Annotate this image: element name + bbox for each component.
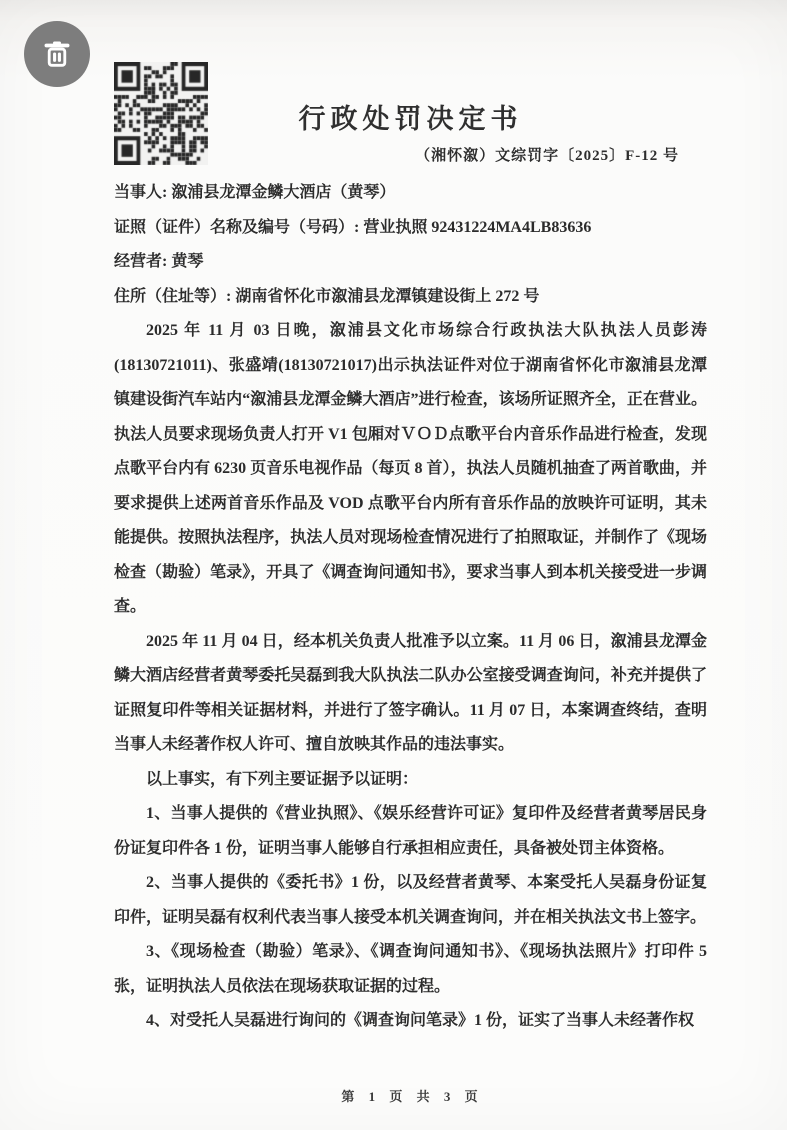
document-page: 行政处罚决定书 （湘怀溆）文综罚字〔2025〕F-12 号 当事人: 溆浦县龙潭…: [0, 0, 787, 1130]
paragraph-inspection: 2025 年 11 月 03 日晚，溆浦县文化市场综合行政执法大队执法人员彭涛(…: [114, 314, 707, 625]
delete-button[interactable]: [24, 21, 90, 87]
evidence-item-4: 4、对受托人吴磊进行询问的《调查询问笔录》1 份，证实了当事人未经著作权: [114, 1004, 707, 1039]
document-body: 行政处罚决定书 （湘怀溆）文综罚字〔2025〕F-12 号 当事人: 溆浦县龙潭…: [114, 0, 707, 1039]
paragraph-evidence-intro: 以上事实，有下列主要证据予以证明：: [114, 763, 707, 798]
field-party: 当事人: 溆浦县龙潭金鳞大酒店（黄琴）: [114, 176, 707, 211]
page-number: 第 1 页 共 3 页: [114, 1086, 707, 1105]
paragraph-case-filing: 2025 年 11 月 04 日，经本机关负责人批准予以立案。11 月 06 日…: [114, 625, 707, 763]
field-license: 证照（证件）名称及编号（号码）: 营业执照 92431224MA4LB83636: [114, 211, 707, 246]
field-address: 住所（住址等）: 湖南省怀化市溆浦县龙潭镇建设街上 272 号: [114, 280, 707, 315]
page-title: 行政处罚决定书: [114, 100, 707, 138]
evidence-item-2: 2、当事人提供的《委托书》1 份，以及经营者黄琴、本案受托人吴磊身份证复印件，证…: [114, 866, 707, 935]
evidence-item-1: 1、当事人提供的《营业执照》、《娱乐经营许可证》复印件及经营者黄琴居民身份证复印…: [114, 797, 707, 866]
trash-icon: [40, 37, 74, 71]
document-number: （湘怀溆）文综罚字〔2025〕F-12 号: [114, 144, 707, 168]
field-operator: 经营者: 黄琴: [114, 245, 707, 280]
evidence-item-3: 3、《现场检查（勘验）笔录》、《调查询问通知书》、《现场执法照片》打印件 5 张…: [114, 935, 707, 1004]
